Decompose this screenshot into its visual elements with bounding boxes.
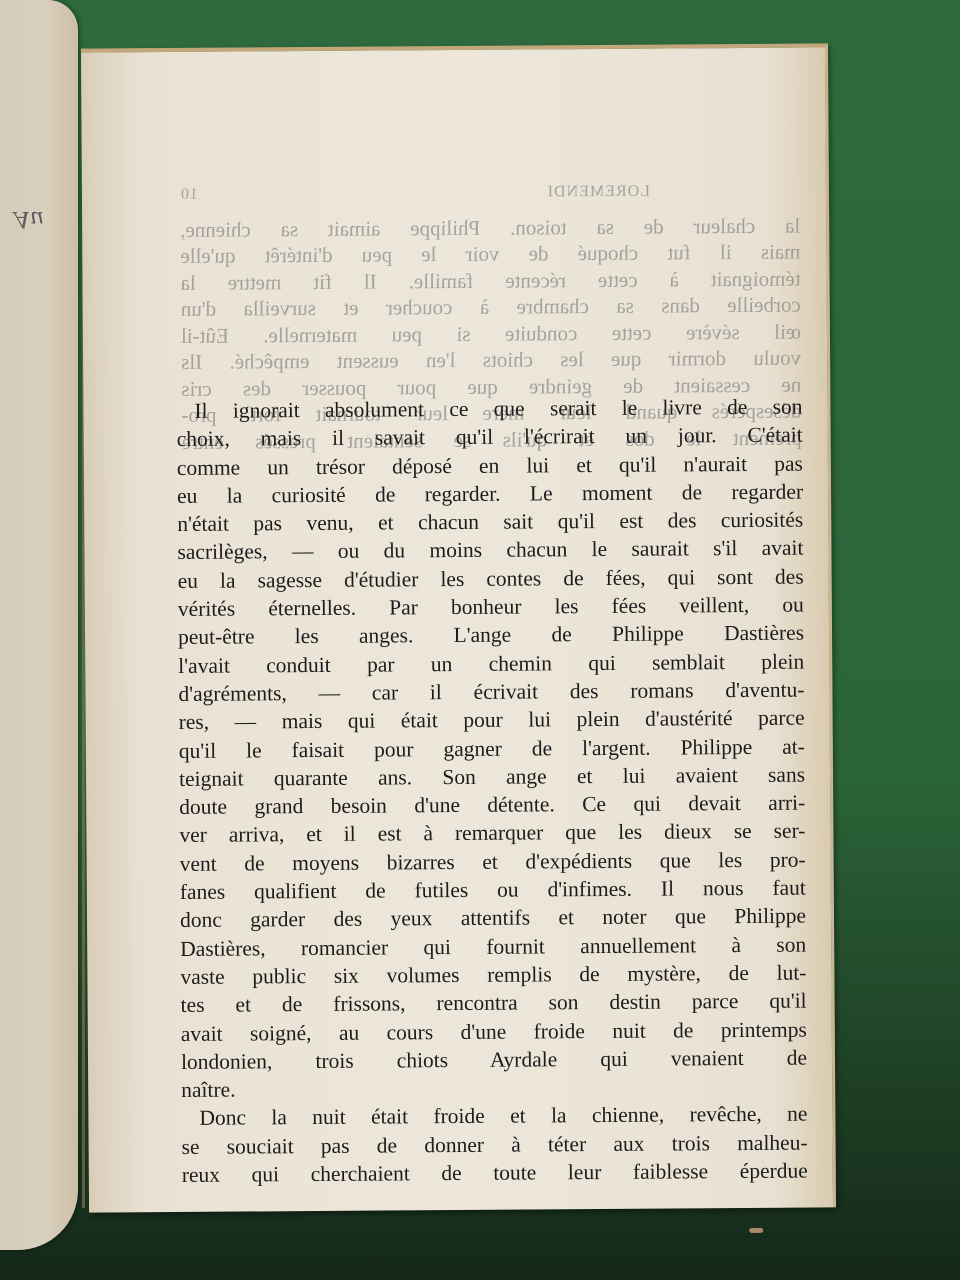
bleed-line: voulu dormir que les chiots l'en eussent… <box>181 345 801 376</box>
text-line: vent de moyens bizarres et d'expédients … <box>180 845 806 878</box>
text-line: peut-être les anges. L'ange de Philippe … <box>178 619 804 652</box>
text-line: res, — mais qui était pour lui plein d'a… <box>179 704 805 737</box>
paper-stain <box>749 1228 763 1233</box>
text-line: d'agréments, — car il écrivait des roman… <box>178 676 804 709</box>
text-line: londonien, trois chiots Ayrdale qui vena… <box>181 1043 807 1076</box>
bleed-line: mais il fut choqué de voir le peu d'inté… <box>180 239 800 270</box>
text-line: n'était pas venu, et chacun sait qu'il e… <box>177 506 803 539</box>
bleed-through-header: LOREMENDI 10 <box>180 178 800 209</box>
text-line: qu'il le faisait pour gagner de l'argent… <box>179 732 805 765</box>
text-line: l'avait conduit par un chemin qui sembla… <box>178 647 804 680</box>
text-line: reux qui cherchaient de toute leur faibl… <box>182 1157 808 1190</box>
body-text: Il ignorait absolument ce que serait le … <box>176 393 808 1190</box>
text-line: Donc la nuit était froide et la chienne,… <box>181 1100 807 1133</box>
margin-note: Au <box>14 206 44 231</box>
running-header: LOREMENDI <box>547 179 650 206</box>
text-line: eu la curiosité de regarder. Le moment d… <box>177 477 803 510</box>
text-line: se souciait pas de donner à téter aux tr… <box>182 1128 808 1161</box>
text-line: teignait quarante ans. Son ange et lui a… <box>179 760 805 793</box>
text-line: vérités éternelles. Par bonheur les fées… <box>178 591 804 624</box>
text-line: doute grand besoin d'une détente. Ce qui… <box>179 789 805 822</box>
text-line: ver arriva, et il est à remarquer que le… <box>179 817 805 850</box>
text-line: choix, mais il savait qu'il l'écrirait u… <box>177 421 803 454</box>
text-line: Il ignorait absolument ce que serait le … <box>176 393 802 426</box>
text-line: comme un trésor déposé en lui et qu'il n… <box>177 449 803 482</box>
text-line: naître. <box>181 1072 807 1105</box>
bleed-line: corbeille dans sa chambre à coucher et s… <box>181 292 801 323</box>
text-line: Dastières, romancier qui fournit annuell… <box>180 930 806 963</box>
text-line: vaste public six volumes remplis de myst… <box>180 959 806 992</box>
text-line: tes et de frissons, rencontra son destin… <box>181 987 807 1020</box>
text-line: sacrilèges, — ou du moins chacun le saur… <box>177 534 803 567</box>
facing-left-page: Au <box>0 0 78 1250</box>
paragraph-2: Donc la nuit était froide et la chienne,… <box>181 1100 808 1189</box>
book-page: LOREMENDI 10 la chaleur de sa toison. Ph… <box>81 43 836 1212</box>
page-number: 10 <box>180 182 198 209</box>
text-line: eu la sagesse d'étudier les contes de fé… <box>178 562 804 595</box>
text-line: fanes qualifient de futiles ou d'infimes… <box>180 874 806 907</box>
text-line: avait soigné, au cours d'une froide nuit… <box>181 1015 807 1048</box>
text-line: donc garder des yeux attentifs et noter … <box>180 902 806 935</box>
paragraph-1: Il ignorait absolument ce que serait le … <box>176 393 807 1105</box>
